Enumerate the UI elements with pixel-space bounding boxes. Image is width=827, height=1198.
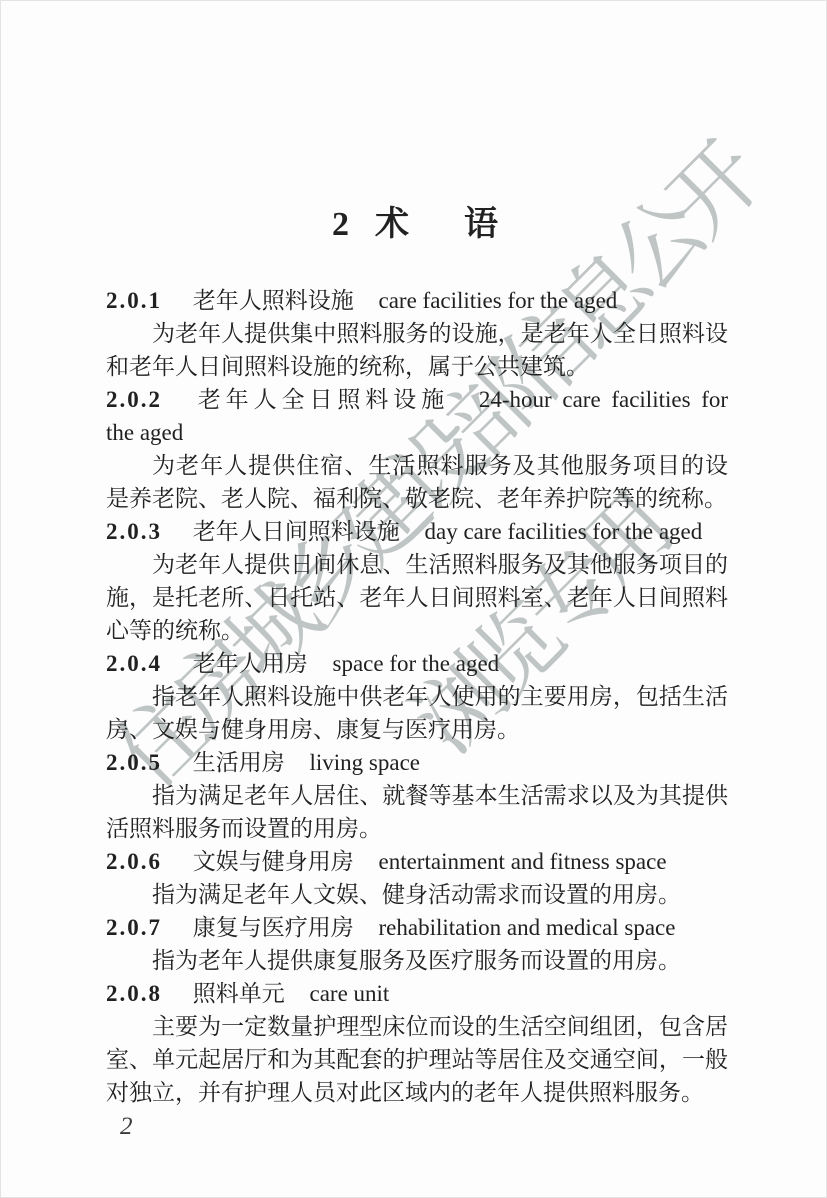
definition-line: 指为满足老年人居住、就餐等基本生活需求以及为其提供生 — [106, 779, 728, 812]
chapter-number: 2 — [332, 206, 349, 243]
term-en: care facilities for the aged — [379, 288, 618, 313]
term-entry: 2.0.1 老年人照料设施 care facilities for the ag… — [106, 284, 728, 383]
definition-line: 施，是托老所、日托站、老年人日间照料室、老年人日间照料中 — [106, 581, 728, 614]
definition-line: 是养老院、老人院、福利院、敬老院、老年养护院等的统称。 — [106, 482, 728, 515]
term-number: 2.0.7 — [106, 915, 162, 940]
term-number: 2.0.3 — [106, 519, 162, 544]
term-entry: 2.0.5 生活用房 living space 指为满足老年人居住、就餐等基本生… — [106, 746, 728, 845]
term-entry: 2.0.6 文娱与健身用房 entertainment and fitness … — [106, 845, 728, 911]
term-en: rehabilitation and medical space — [379, 915, 676, 940]
definition-line: 为老年人提供住宿、生活照料服务及其他服务项目的设施， — [106, 449, 728, 482]
terminology-list: 2.0.1 老年人照料设施 care facilities for the ag… — [106, 284, 728, 1109]
term-zh: 生活用房 — [193, 750, 285, 775]
term-heading: 2.0.1 老年人照料设施 care facilities for the ag… — [106, 284, 728, 317]
definition-line: 主要为一定数量护理型床位而设的生活空间组团，包含居 — [106, 1010, 728, 1043]
term-en: entertainment and fitness space — [379, 849, 667, 874]
term-en: 24-hour care facilities for — [479, 387, 728, 412]
term-heading: 2.0.3 老年人日间照料设施 day care facilities for … — [106, 515, 728, 548]
definition-line: 对独立，并有护理人员对此区域内的老年人提供照料服务。 — [106, 1076, 728, 1109]
chapter-title: 2术语 — [106, 205, 728, 245]
definition-line: 为老年人提供日间休息、生活照料服务及其他服务项目的设 — [106, 548, 728, 581]
page-number: 2 — [120, 1113, 133, 1141]
term-en-continuation: the aged — [106, 416, 728, 449]
term-entry: 2.0.7 康复与医疗用房 rehabilitation and medical… — [106, 911, 728, 977]
term-heading: 2.0.7 康复与医疗用房 rehabilitation and medical… — [106, 911, 728, 944]
definition-line: 和老年人日间照料设施的统称，属于公共建筑。 — [106, 350, 728, 383]
term-number: 2.0.5 — [106, 750, 162, 775]
term-zh: 老年人照料设施 — [193, 288, 354, 313]
term-zh: 文娱与健身用房 — [193, 849, 354, 874]
term-heading: 2.0.8 照料单元 care unit — [106, 977, 728, 1010]
definition-line: 室、单元起居厅和为其配套的护理站等居住及交通空间，一般相 — [106, 1043, 728, 1076]
document-page: 住房城乡建设部信息公开 浏览专用 2术语 2.0.1 老年人照料设施 care … — [0, 0, 827, 1198]
chapter-term: 术语 — [375, 206, 553, 243]
term-en: care unit — [310, 981, 390, 1006]
term-zh: 老年人用房 — [193, 651, 308, 676]
term-heading: 2.0.2 老年人全日照料设施 24-hour care facilities … — [106, 383, 728, 416]
definition-line: 指为老年人提供康复服务及医疗服务而设置的用房。 — [106, 944, 728, 977]
term-number: 2.0.4 — [106, 651, 162, 676]
definition-line: 房、文娱与健身用房、康复与医疗用房。 — [106, 713, 728, 746]
term-number: 2.0.2 — [106, 387, 162, 412]
term-entry: 2.0.3 老年人日间照料设施 day care facilities for … — [106, 515, 728, 647]
term-number: 2.0.1 — [106, 288, 162, 313]
term-zh: 照料单元 — [193, 981, 285, 1006]
term-heading: 2.0.4 老年人用房 space for the aged — [106, 647, 728, 680]
term-heading: 2.0.5 生活用房 living space — [106, 746, 728, 779]
term-entry: 2.0.4 老年人用房 space for the aged 指老年人照料设施中… — [106, 647, 728, 746]
term-entry: 2.0.2 老年人全日照料设施 24-hour care facilities … — [106, 383, 728, 515]
term-number: 2.0.6 — [106, 849, 162, 874]
term-zh: 老年人全日照料设施 — [198, 387, 449, 412]
definition-line: 为老年人提供集中照料服务的设施，是老年人全日照料设施 — [106, 317, 728, 350]
term-zh: 老年人日间照料设施 — [193, 519, 400, 544]
term-en: living space — [310, 750, 421, 775]
term-zh: 康复与医疗用房 — [193, 915, 354, 940]
definition-line: 指老年人照料设施中供老年人使用的主要用房，包括生活用 — [106, 680, 728, 713]
definition-line: 活照料服务而设置的用房。 — [106, 812, 728, 845]
definition-line: 心等的统称。 — [106, 614, 728, 647]
term-entry: 2.0.8 照料单元 care unit 主要为一定数量护理型床位而设的生活空间… — [106, 977, 728, 1109]
term-number: 2.0.8 — [106, 981, 162, 1006]
definition-line: 指为满足老年人文娱、健身活动需求而设置的用房。 — [106, 878, 728, 911]
term-en: day care facilities for the aged — [425, 519, 703, 544]
term-en: space for the aged — [333, 651, 500, 676]
term-heading: 2.0.6 文娱与健身用房 entertainment and fitness … — [106, 845, 728, 878]
